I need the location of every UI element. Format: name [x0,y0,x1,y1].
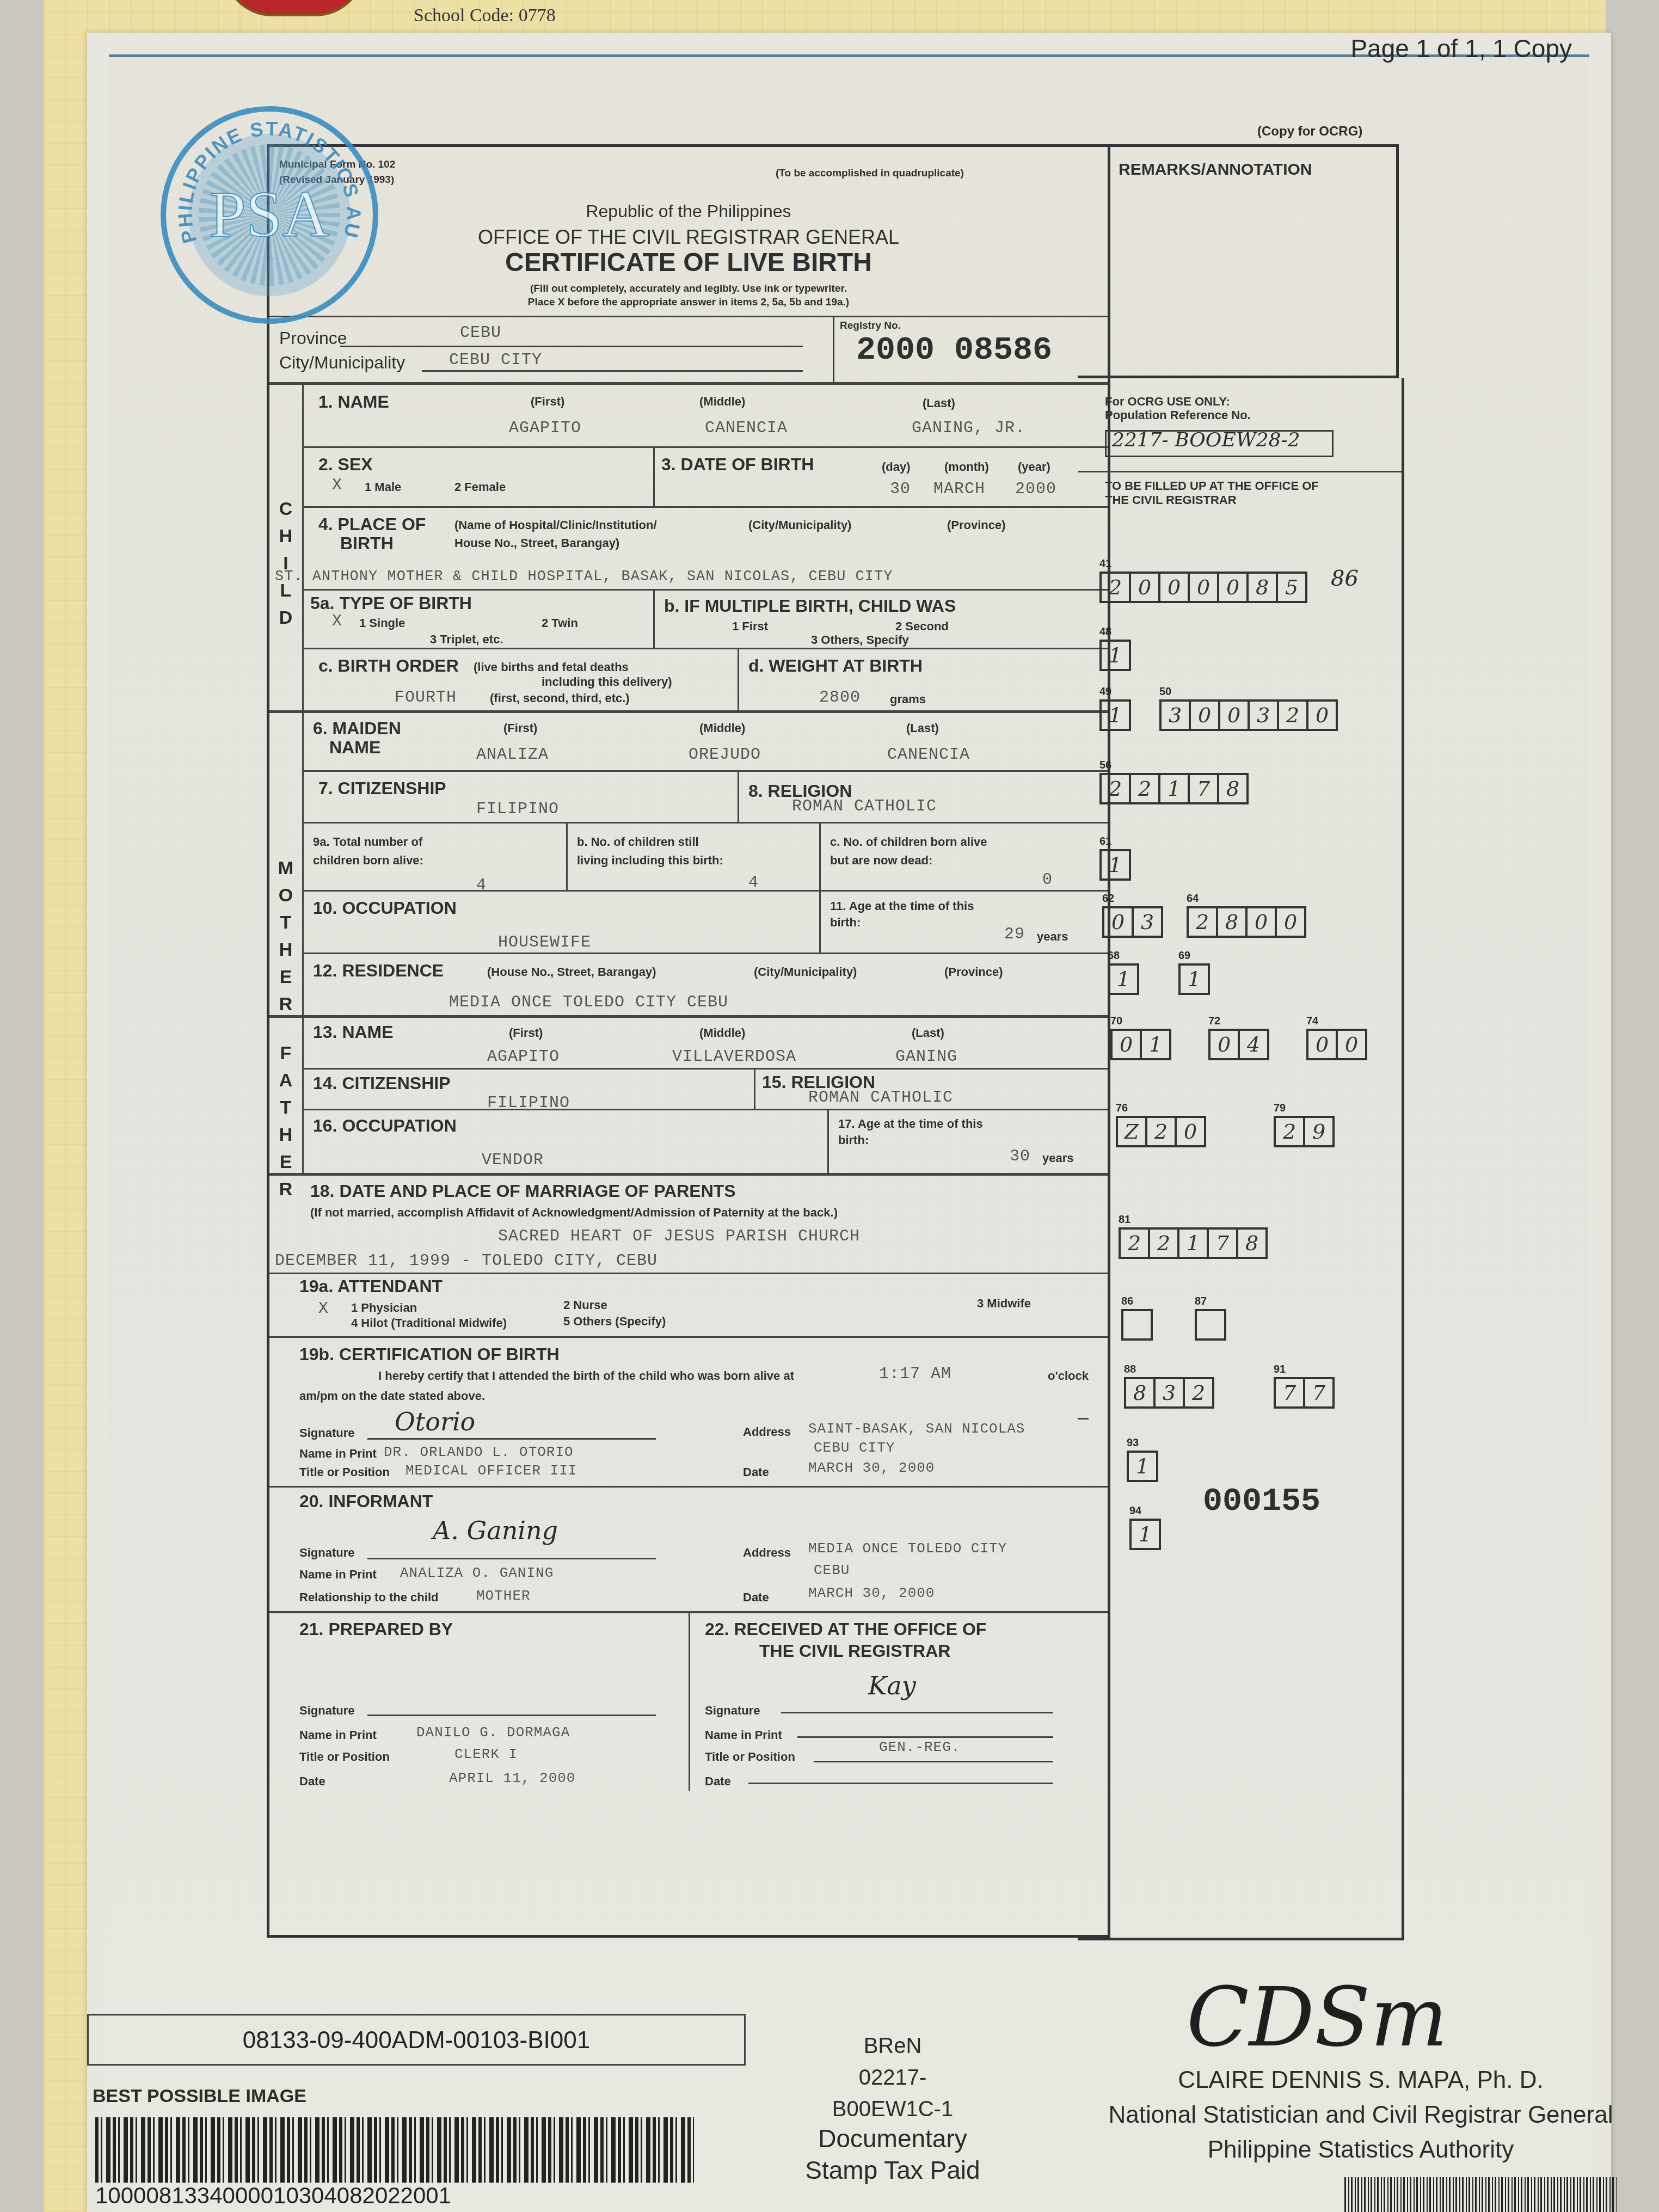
age-unit: years [1042,1151,1074,1165]
digit-box: 1 [1177,1227,1209,1259]
marriage-hint: (If not married, accomplish Affidavit of… [310,1206,1094,1220]
section-divider [302,1015,304,1173]
digit-box: 1 [1099,699,1131,731]
child-first-name: AGAPITO [509,419,581,438]
digit-box: 3 [1159,699,1191,731]
digit-box: 2 [1119,1227,1150,1259]
received-title: GEN.-REG. [879,1739,960,1755]
name-line [797,1736,1053,1738]
last-label: (Last) [923,396,955,410]
divider [269,1273,1108,1274]
barcode-icon [95,2117,694,2183]
signature-label: Signature [299,1704,354,1718]
digit-box: 0 [1336,1029,1367,1060]
birth-time: 1:17 AM [879,1365,951,1384]
signatory-block: CLAIRE DENNIS S. MAPA, Ph. D. National S… [1089,2063,1633,2167]
marriage-label: 18. DATE AND PLACE OF MARRIAGE OF PARENT… [310,1181,736,1201]
digit-box: 7 [1274,1377,1305,1409]
date-label: Date [743,1465,769,1479]
mother-section-label: MOTHER [269,855,302,1018]
midwife-option[interactable]: 3 Midwife [977,1297,1031,1311]
digit-box: 1 [1099,640,1131,671]
digit-box: 1 [1127,1451,1158,1482]
code-76-label: 76 [1116,1102,1128,1115]
last-label: (Last) [906,721,939,735]
divider [269,1486,1108,1488]
code-50-label: 50 [1159,686,1171,698]
divider [302,506,1108,508]
code-69-label: 69 [1178,950,1190,962]
prepared-by-title: CLERK I [454,1746,518,1762]
sex-female-option[interactable]: 2 Female [454,480,506,494]
divider [754,1068,755,1109]
digit-box: 8 [1217,773,1249,804]
pob-province-label: (Province) [947,518,1006,532]
title-line [814,1761,1053,1762]
code-91-label: 91 [1274,1363,1286,1376]
code-81-boxes: 2 2 1 7 8 [1119,1227,1265,1259]
republic-text: Republic of the Philippines [586,201,791,221]
mother-name-label-2: NAME [329,738,380,758]
certificate-form: Municipal Form No. 102 (Revised January … [267,144,1110,1938]
birth-order-label: c. BIRTH ORDER [318,656,459,676]
divider [566,822,568,890]
age-unit: years [1037,930,1068,944]
father-first-name: AGAPITO [487,1048,560,1066]
name-in-print-label: Name in Print [299,1728,377,1742]
first-label: (First) [503,721,537,735]
digit-box: 8 [1236,1227,1268,1259]
informant-relationship: MOTHER [476,1588,531,1604]
city-label: City/Municipality [279,353,405,373]
pob-label: 4. PLACE OF [318,514,426,534]
stamp-line-2: Stamp Tax Paid [778,2154,1007,2186]
title-label: Title or Position [299,1465,390,1479]
prepared-date: APRIL 11, 2000 [449,1770,575,1786]
pop-ref-value: 2217- BOOEW28-2 [1112,429,1300,451]
certification-text: I hereby certify that I attended the bir… [378,1369,794,1383]
code-56-label: 56 [1099,759,1111,772]
middle-label: (Middle) [699,721,745,735]
mother-middle-name: OREJUDO [689,746,761,764]
digit-box: 0 [1175,1116,1206,1147]
residence-label: 12. RESIDENCE [313,961,444,981]
mother-residence: MEDIA ONCE TOLEDO CITY CEBU [449,993,728,1012]
marriage-place: SACRED HEART OF JESUS PARISH CHURCH [498,1227,860,1246]
code-62-label: 62 [1102,893,1114,905]
digit-box: 3 [1132,906,1163,938]
residence-province-label: (Province) [944,965,1003,979]
divider [689,1611,690,1791]
signature-label: Signature [299,1426,354,1440]
mother-occupation: HOUSEWIFE [498,933,591,952]
dob-month: MARCH [933,480,985,499]
code-49-label: 49 [1099,686,1111,698]
residence-city-label: (City/Municipality) [754,965,857,979]
province-underline [340,346,803,347]
attendant-label: 19a. ATTENDANT [299,1276,443,1297]
code-69-boxes: 1 [1178,963,1208,995]
single-checkmark[interactable]: X [332,612,342,631]
father-religion: ROMAN CATHOLIC [808,1089,953,1107]
code-74-boxes: 0 0 [1306,1029,1365,1060]
informant-signature: A. Ganing [433,1516,558,1545]
birth-order-hint-3: (first, second, third, etc.) [490,691,630,705]
mother-age-label: 11. Age at the time of this birth: [830,898,993,931]
digit-box: 0 [1306,699,1338,731]
divider [302,446,1108,448]
code-62-boxes: 0 3 [1102,906,1161,938]
living-label: b. No. of children still living includin… [577,833,724,870]
code-70-boxes: 0 1 [1110,1029,1169,1060]
sex-male-option[interactable]: 1 Male [365,480,401,494]
attendant-title: MEDICAL OFFICER III [405,1463,577,1479]
first-label: (First) [531,395,564,409]
digit-box: 3 [1248,699,1279,731]
date-line [748,1783,1053,1784]
instruction-text-1: (Fill out completely, accurately and leg… [530,283,847,294]
divider [302,822,1108,824]
instruction-text-2: Place X before the appropriate answer in… [528,297,849,308]
republic-heading: Republic of the Philippines [269,201,1108,222]
code-94-label: 94 [1129,1505,1141,1517]
copy-for-ocrg: (Copy for OCRG) [1257,124,1362,139]
school-code: School Code: 0778 [414,5,556,26]
digit-box: 5 [1276,572,1307,603]
nurse-option[interactable]: 2 Nurse [563,1298,607,1312]
weight-label: d. WEIGHT AT BIRTH [748,656,923,676]
middle-label: (Middle) [699,395,745,409]
informant-name: ANALIZA O. GANING [400,1565,554,1581]
digit-box: 0 [1102,906,1134,938]
registry-box: Registry No. 2000 08586 [833,316,1110,384]
digit-box: 1 [1158,773,1190,804]
code-74-label: 74 [1306,1015,1318,1028]
ncr-signature: CDSm [1187,1970,1448,2065]
code-56-boxes: 2 2 1 7 8 [1099,773,1246,804]
divider [269,1015,1108,1018]
signature-line [367,1715,656,1716]
address-label: Address [743,1425,791,1439]
signature-line [367,1558,656,1559]
code-72-boxes: 0 4 [1208,1029,1267,1060]
digit-box: 7 [1188,773,1219,804]
code-61-label: 61 [1099,835,1111,848]
dob-label: 3. DATE OF BIRTH [661,454,814,475]
code-88-label: 88 [1124,1363,1136,1376]
digit-box: 0 [1306,1029,1338,1060]
sex-label: 2. SEX [318,454,373,475]
father-name-label: 13. NAME [313,1022,394,1042]
digit-box: 0 [1217,572,1249,603]
date-label: Date [705,1774,731,1789]
last-label: (Last) [912,1026,944,1040]
month-label: (month) [944,460,989,474]
city-value: CEBU CITY [449,351,542,370]
date-label: Date [743,1590,769,1605]
informant-date: MARCH 30, 2000 [808,1585,935,1601]
code-86-boxes [1121,1309,1151,1341]
signatory-org: Philippine Statistics Authority [1089,2133,1633,2167]
document-code: 08133-09-400ADM-00103-BI001 [87,2014,746,2066]
father-citizenship-label: 14. CITIZENSHIP [313,1073,451,1093]
address-label: Address [743,1546,791,1560]
name-in-print-label: Name in Print [299,1447,377,1461]
code-41-boxes: 2 0 0 0 0 8 5 [1099,572,1305,603]
stamp-tax-block: Documentary Stamp Tax Paid [778,2123,1007,2186]
name-in-print-label: Name in Print [705,1728,782,1742]
divider [269,1173,1108,1176]
date-label: Date [299,1774,325,1789]
code-50-boxes: 3 0 0 3 2 0 [1159,699,1336,731]
father-age: 30 [1010,1147,1030,1166]
seal-ring-text: PHILIPPINE STATISTICS AUTHORITY [166,112,373,318]
child-last-name: GANING, JR. [912,419,1025,438]
hilot-option[interactable]: 4 Hilot (Traditional Midwife) [351,1316,507,1330]
code-94-boxes: 1 [1129,1519,1159,1550]
type-of-birth-label: 5a. TYPE OF BIRTH [310,593,472,613]
certificate-title: CERTIFICATE OF LIVE BIRTH [269,248,1108,278]
name-in-print-label: Name in Print [299,1568,377,1582]
pop-ref-box: 2217- BOOEW28-2 [1105,430,1334,457]
received-label-2: THE CIVIL REGISTRAR [759,1641,950,1661]
father-age-label: 17. Age at the time of this birth: [838,1116,1001,1148]
ocrg-panel: For OCRG USE ONLY: Population Reference … [1078,378,1404,1940]
digit-box: 2 [1148,1227,1179,1259]
code-91-boxes: 7 7 [1274,1377,1332,1409]
divider [302,890,1108,892]
informant-label: 20. INFORMANT [299,1491,433,1511]
digit-box: 7 [1207,1227,1238,1259]
code-70-label: 70 [1110,1015,1122,1028]
digit-box: 1 [1178,963,1210,995]
mother-name-label: 6. MAIDEN [313,718,401,739]
digit-box: 1 [1129,1519,1161,1550]
digit-box: 2 [1187,906,1218,938]
dob-year: 2000 [1015,480,1056,499]
bren-label: BReN [806,2030,980,2062]
page-info: Page 1 of 1, 1 Copy [1350,34,1572,63]
divider [302,648,1108,649]
barcode-icon-2 [1344,2177,1617,2212]
marriage-date-place: DECEMBER 11, 1999 - TOLEDO CITY, CEBU [275,1252,658,1270]
code-79-boxes: 2 9 [1274,1116,1332,1147]
multiple-others-option[interactable]: 3 Others, Specify [811,633,909,647]
physician-option[interactable]: 1 Physician [351,1301,417,1315]
digit-box: 4 [1238,1029,1269,1060]
digit-box: Z [1116,1116,1147,1147]
serial-number: 000155 [1203,1483,1320,1520]
title-label: Title or Position [705,1750,795,1764]
digit-box [1195,1309,1226,1341]
code-87-label: 87 [1195,1295,1207,1308]
quadruplicate-note: (To be accomplished in quadruplicate) [776,168,964,180]
code-48-boxes: 1 [1099,640,1129,671]
divider [302,1068,1108,1070]
divider [653,589,655,649]
child-name-label: 1. NAME [318,392,389,412]
office-heading: OFFICE OF THE CIVIL REGISTRAR GENERAL [269,226,1108,249]
svg-text:PHILIPPINE STATISTICS AUTHORIT: PHILIPPINE STATISTICS AUTHORITY [166,112,365,246]
code-72-label: 72 [1208,1015,1220,1028]
office-text: OFFICE OF THE CIVIL REGISTRAR GENERAL [478,226,899,248]
mother-citizenship-label: 7. CITIZENSHIP [318,778,446,798]
divider [302,1109,1108,1110]
divider [738,770,739,822]
multiple-first-option[interactable]: 1 First [732,619,768,634]
city-underline [422,370,803,372]
digit-box: 1 [1099,849,1131,881]
father-middle-name: VILLAVERDOSA [672,1048,796,1066]
signature-line [781,1712,1053,1713]
bren-block: BReN 02217-B00EW1C-1 [806,2030,980,2125]
year-label: (year) [1018,460,1050,474]
mother-occupation-label: 10. OCCUPATION [313,898,457,918]
mother-first-name: ANALIZA [476,746,549,764]
relationship-label: Relationship to the child [299,1590,438,1605]
divider [269,382,1108,385]
weight-unit: grams [890,692,926,706]
day-label: (day) [882,460,911,474]
registry-number: 2000 08586 [856,332,1052,369]
digit-box: 2 [1099,773,1131,804]
digit-box: 0 [1218,699,1250,731]
psa-seal-icon: PSA PHILIPPINE STATISTICS AUTHORITY [161,106,378,324]
digit-box: 0 [1188,572,1219,603]
child-section-label: CHILD [269,495,302,631]
filled-up-heading: TO BE FILLED UP AT THE OFFICE OF THE CIV… [1105,479,1334,507]
pob-hint-2: House No., Street, Barangay) [454,536,619,550]
dead-value: 0 [1042,871,1053,889]
code-64-label: 64 [1187,893,1199,905]
attendant-name: DR. ORLANDO L. OTORIO [384,1444,574,1460]
instruction-line-2: Place X before the appropriate answer in… [269,297,1108,309]
digit-box: 0 [1245,906,1277,938]
code-64-boxes: 2 8 0 0 [1187,906,1304,938]
attendant-address-2: CEBU CITY [814,1440,895,1456]
signatory-name: CLAIRE DENNIS S. MAPA, Ph. D. [1089,2063,1633,2098]
informant-address: MEDIA ONCE TOLEDO CITY [808,1540,1007,1557]
certification-label: 19b. CERTIFICATION OF BIRTH [299,1344,560,1365]
living-value: 4 [748,874,759,892]
divider [653,446,655,506]
pob-label-2: BIRTH [340,533,394,554]
attendant-address: SAINT-BASAK, SAN NICOLAS [808,1421,1025,1437]
weight-value: 2800 [819,689,861,707]
total-born-value: 4 [476,876,487,895]
sex-male-checkmark[interactable]: X [332,476,342,495]
code-41-label: 41 [1099,558,1111,570]
code-93-boxes: 1 [1127,1451,1156,1482]
digit-box: 0 [1110,1029,1142,1060]
twin-option[interactable]: 2 Twin [542,616,578,630]
digit-box: 8 [1246,572,1278,603]
remarks-title: REMARKS/ANNOTATION [1119,161,1312,179]
certification-date: MARCH 30, 2000 [808,1460,935,1476]
digit-box: 0 [1129,572,1160,603]
code-86-label: 86 [1121,1295,1133,1308]
father-section-label: FATHER [269,1040,302,1203]
province-label: Province [279,328,347,348]
digit-box: 3 [1153,1377,1185,1409]
bren-value: 02217-B00EW1C-1 [806,2062,980,2125]
code-87-boxes [1195,1309,1224,1341]
code-48-label: 48 [1099,626,1111,638]
digit-box: 0 [1158,572,1190,603]
province-value: CEBU [460,324,501,342]
code-49-boxes: 1 [1099,699,1129,731]
signature-label: Signature [299,1546,354,1560]
residence-hint: (House No., Street, Barangay) [487,965,656,979]
registry-label: Registry No. [840,320,901,332]
prepared-by-name: DANILO G. DORMAGA [416,1724,570,1741]
first-label: (First) [509,1026,543,1040]
mother-citizenship: FILIPINO [476,800,559,819]
digit-box: 2 [1145,1116,1177,1147]
divider [1078,1418,1089,1420]
digit-box: 7 [1303,1377,1335,1409]
mother-religion: ROMAN CATHOLIC [792,797,937,816]
digit-box: 2 [1277,699,1308,731]
others-option[interactable]: 5 Others (Specify) [563,1314,666,1329]
mother-last-name: CANENCIA [887,746,970,764]
pob-city-label: (City/Municipality) [748,518,851,532]
father-last-name: GANING [895,1048,957,1066]
ocrg-use-only: For OCRG USE ONLY: [1105,395,1230,409]
digit-box: 0 [1189,699,1220,731]
digit-box: 1 [1140,1029,1171,1060]
digit-box: 9 [1303,1116,1335,1147]
divider [302,770,1108,772]
received-signature: Kay [868,1671,916,1700]
code-41-trailing: 86 [1331,566,1359,591]
digit-box: 2 [1274,1116,1305,1147]
divider [827,1109,829,1173]
physician-checkmark[interactable]: X [318,1300,329,1318]
digit-box: 0 [1208,1029,1240,1060]
digit-box [1121,1309,1153,1341]
barcode-number: 1000081334000010304082022001 [95,2183,451,2209]
code-93-label: 93 [1127,1437,1139,1449]
signature-label: Signature [705,1704,760,1718]
child-middle-name: CANENCIA [705,419,788,438]
digit-box: 8 [1124,1377,1156,1409]
triplet-option[interactable]: 3 Triplet, etc. [430,632,503,647]
code-79-label: 79 [1274,1102,1286,1115]
code-88-boxes: 8 3 2 [1124,1377,1212,1409]
divider [819,822,821,953]
middle-label: (Middle) [699,1026,745,1040]
dead-label: c. No. of children born alive but are no… [830,833,993,870]
signature-line [367,1438,656,1440]
birth-order-hint-2: including this delivery) [542,675,672,689]
attendant-signature: Otorio [395,1407,475,1436]
code-61-boxes: 1 [1099,849,1129,881]
code-76-boxes: Z 2 0 [1116,1116,1204,1147]
divider [1078,471,1402,472]
pob-hint: (Name of Hospital/Clinic/Institution/ [454,518,657,532]
single-option[interactable]: 1 Single [359,616,405,630]
multiple-second-option[interactable]: 2 Second [895,619,949,634]
title-label: Title or Position [299,1750,390,1764]
divider [302,589,1108,591]
informant-address-2: CEBU [814,1562,850,1578]
digit-box: 1 [1108,963,1139,995]
father-occupation: VENDOR [482,1151,544,1170]
code-81-label: 81 [1119,1214,1130,1226]
received-label: 22. RECEIVED AT THE OFFICE OF [705,1619,986,1639]
certification-text-2: am/pm on the date stated above. [299,1389,485,1403]
